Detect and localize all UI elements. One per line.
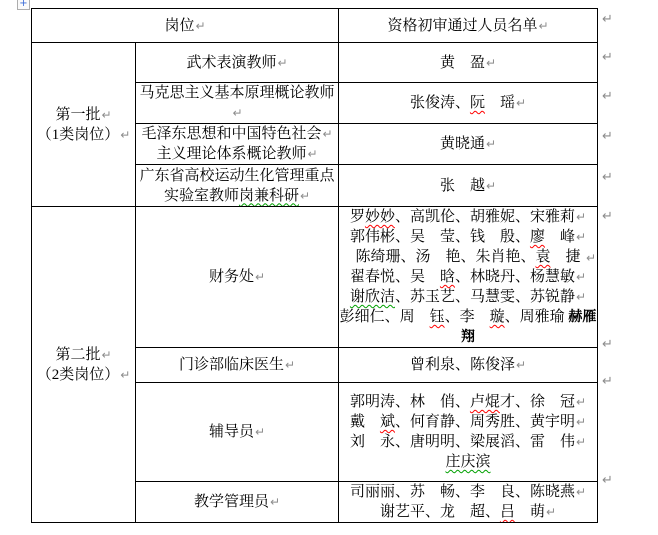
row-end-mark: ↵: [602, 337, 613, 352]
cell-text: 第二批: [55, 347, 100, 363]
cell-text: 罗: [350, 209, 365, 225]
text-line: （1类岗位）↵: [32, 125, 135, 145]
batch2-label-cell[interactable]: 第二批↵（2类岗位）↵: [32, 207, 136, 523]
cell-text: 峰: [545, 229, 575, 245]
header-cell-position[interactable]: 岗位↵: [32, 9, 339, 43]
position-cell-clinic-doctor[interactable]: 门诊部临床医生↵: [136, 348, 339, 383]
position-cell-marxism[interactable]: 马克思主义基本原理概论教师↵: [136, 83, 339, 124]
spellcheck-flagged-text: 斌: [380, 414, 395, 430]
text-line: 武术表演教师↵: [136, 53, 338, 73]
cell-text: 捷: [551, 249, 581, 265]
cell-text: 、李: [445, 309, 490, 325]
row-end-mark: ↵: [602, 209, 613, 224]
line-break-mark: ↵: [119, 368, 130, 382]
table-move-handle[interactable]: +: [17, 0, 30, 10]
cell-text: 门诊部临床医生: [179, 357, 284, 373]
line-break-mark: ↵: [575, 395, 586, 409]
table-row: 第一批↵（1类岗位）↵ 武术表演教师↵ 黄 盈↵: [32, 43, 598, 83]
cell-text: 才、徐 冠: [500, 394, 575, 410]
text-line: 张 越↵: [339, 176, 597, 196]
cell-text: 、苏玉艺、马慧雯、苏锐静: [395, 289, 575, 305]
cell-text: 张俊涛、: [410, 95, 470, 111]
text-line: 主义理论体系概论教师↵: [136, 144, 338, 164]
line-break-mark: ↵: [485, 56, 496, 70]
text-line: 翟春悦、吴 晗、林晓丹、杨慧敏↵: [339, 267, 597, 287]
text-line: 广东省高校运动生化管理重点: [136, 166, 338, 186]
cell-text: 郭伟彬、吴 莹、钱 殷、: [350, 229, 530, 245]
cell-text: 岗位: [164, 18, 194, 34]
text-line: 黄 盈↵: [339, 53, 597, 73]
cell-text: 广东省高校运动生化管理重点: [139, 168, 334, 184]
line-break-mark: ↵: [575, 270, 586, 284]
line-break-mark: ↵: [575, 290, 586, 304]
text-line: 司丽丽、苏 畅、李 良、陈晓燕↵: [339, 482, 597, 502]
cell-text: 陈绮珊、汤 艳、朱肖艳、: [355, 249, 535, 265]
line-break-mark: ↵: [231, 106, 242, 120]
line-break-mark: ↵: [100, 348, 111, 362]
cell-text: 曾利泉、陈俊泽: [410, 357, 515, 373]
cell-text: 财务处: [209, 269, 254, 285]
cell-text: 黄晓通: [440, 136, 485, 152]
line-break-mark: ↵: [194, 19, 205, 33]
text-line: 谢欣洁、苏玉艺、马慧雯、苏锐静↵: [339, 287, 597, 307]
spellcheck-flagged-text: 钰: [430, 309, 445, 325]
cell-text: 、林晓丹、杨慧敏: [455, 269, 575, 285]
line-break-mark: ↵: [119, 128, 130, 142]
header-row: 岗位↵ 资格初审通过人员名单↵: [32, 9, 598, 43]
text-line: 戴 斌、何育静、周秀胜、黄宇明↵: [339, 412, 597, 432]
row-end-mark: ↵: [602, 374, 613, 389]
cell-text: 辅导员: [209, 424, 254, 440]
table-row: 第二批↵（2类岗位）↵ 财务处↵ 罗妙妙、高凯伦、胡雅妮、宋雅莉↵郭伟彬、吴 莹…: [32, 207, 598, 348]
cell-text: 资格初审通过人员名单: [387, 18, 537, 34]
spellcheck-flagged-text: 廖: [530, 229, 545, 245]
spellcheck-flagged-text: 晗: [440, 269, 455, 285]
cell-text: （1类岗位）: [37, 127, 120, 143]
cell-text: 彭细仁、周: [340, 309, 430, 325]
qualification-table: 岗位↵ 资格初审通过人员名单↵ 第一批↵（1类岗位）↵ 武术表演教师↵ 黄 盈↵…: [31, 8, 598, 523]
line-break-mark: ↵: [575, 210, 586, 224]
names-cell-counselor[interactable]: 郭明涛、林 俏、卢焜才、徐 冠↵戴 斌、何育静、周秀胜、黄宇明↵刘 永、唐明明、…: [339, 383, 598, 482]
names-cell-finance[interactable]: 罗妙妙、高凯伦、胡雅妮、宋雅莉↵郭伟彬、吴 莹、钱 殷、廖 峰↵陈绮珊、汤 艳、…: [339, 207, 598, 348]
batch1-label-cell[interactable]: 第一批↵（1类岗位）↵: [32, 43, 136, 207]
line-break-mark: ↵: [515, 358, 526, 372]
cell-text: 马克思主义基本原理概论教师: [139, 85, 334, 101]
cell-text: 萌: [515, 504, 545, 520]
text-line: 马克思主义基本原理概论教师↵: [136, 83, 338, 123]
spellcheck-flagged-text: 岗兼科研: [239, 188, 299, 204]
spellcheck-flagged-text: 谢欣洁: [350, 289, 395, 305]
text-line: 门诊部临床医生↵: [136, 355, 338, 375]
text-line: 彭细仁、周 钰、李 璇、周雅瑜 赫雁翔: [339, 307, 597, 347]
line-break-mark: ↵: [485, 137, 496, 151]
text-line: 实验室教师岗兼科研↵: [136, 186, 338, 206]
line-break-mark: ↵: [269, 495, 280, 509]
text-line: 第二批↵: [32, 345, 135, 365]
position-cell-lab-teacher[interactable]: 广东省高校运动生化管理重点实验室教师岗兼科研↵: [136, 165, 339, 207]
spellcheck-flagged-text: 卢焜: [470, 394, 500, 410]
plus-icon: +: [19, 0, 27, 9]
names-cell-wushu[interactable]: 黄 盈↵: [339, 43, 598, 83]
text-line: 黄晓通↵: [339, 134, 597, 154]
line-break-mark: ↵: [485, 179, 496, 193]
row-end-mark: ↵: [602, 473, 613, 488]
row-end-mark: ↵: [602, 50, 613, 65]
line-break-mark: ↵: [515, 96, 526, 110]
document-page: + 岗位↵ 资格初审通过人员名单↵ 第一批↵（1类岗位）↵ 武术表演教师↵ 黄 …: [0, 0, 658, 535]
line-break-mark: ↵: [299, 189, 310, 203]
text-line: 毛泽东思想和中国特色社会↵: [136, 124, 338, 144]
position-cell-wushu[interactable]: 武术表演教师↵: [136, 43, 339, 83]
cell-text: （2类岗位）: [37, 367, 120, 383]
text-line: 张俊涛、阮 瑶↵: [339, 93, 597, 113]
position-cell-finance[interactable]: 财务处↵: [136, 207, 339, 348]
cell-text: 司丽丽、苏 畅、李 良、陈晓燕: [350, 484, 575, 500]
line-break-mark: ↵: [254, 425, 265, 439]
line-break-mark: ↵: [575, 230, 586, 244]
row-end-mark: ↵: [602, 129, 613, 144]
cell-text: 、何育静、周秀胜、黄宇明: [395, 414, 575, 430]
line-break-mark: ↵: [284, 358, 295, 372]
names-cell-teaching-admin[interactable]: 司丽丽、苏 畅、李 良、陈晓燕↵谢艺平、龙 超、吕 萌↵: [339, 482, 598, 523]
line-break-mark: ↵: [276, 56, 287, 70]
spellcheck-flagged-text: 妙妙: [365, 209, 395, 225]
position-cell-teaching-admin[interactable]: 教学管理员↵: [136, 482, 339, 523]
cell-text: 、周雅瑜: [505, 309, 569, 325]
row-end-mark: ↵: [602, 89, 613, 104]
cell-text: 谢艺平、龙 超、: [380, 504, 500, 520]
header-cell-names[interactable]: 资格初审通过人员名单↵: [339, 9, 598, 43]
spellcheck-flagged-text: 璇: [490, 309, 505, 325]
text-line: （2类岗位）↵: [32, 365, 135, 385]
position-cell-counselor[interactable]: 辅导员↵: [136, 383, 339, 482]
text-line: 财务处↵: [136, 267, 338, 287]
cell-text: 毛泽东思想和中国特色社会: [141, 126, 321, 142]
text-line: 资格初审通过人员名单↵: [339, 16, 597, 36]
spellcheck-flagged-text: 袁: [535, 249, 550, 265]
text-line: 刘 永、唐明明、梁展滔、雷 伟↵: [339, 432, 597, 452]
text-line: 教学管理员↵: [136, 492, 338, 512]
text-line: 罗妙妙、高凯伦、胡雅妮、宋雅莉↵: [339, 207, 597, 227]
text-line: 辅导员↵: [136, 422, 338, 442]
names-cell-mao-theory[interactable]: 黄晓通↵: [339, 124, 598, 165]
line-break-mark: ↵: [306, 147, 317, 161]
spellcheck-flagged-text: 吕: [500, 504, 515, 520]
text-line: 曾利泉、陈俊泽↵: [339, 355, 597, 375]
row-end-mark: ↵: [602, 170, 613, 185]
line-break-mark: ↵: [100, 108, 111, 122]
cell-text: 郭明涛、林 俏、: [350, 394, 470, 410]
line-break-mark: ↵: [585, 248, 596, 268]
cell-text: 实验室教师: [164, 188, 239, 204]
line-break-mark: ↵: [545, 505, 556, 519]
row-end-mark: ↵: [602, 12, 613, 27]
names-cell-marxism[interactable]: 张俊涛、阮 瑶↵: [339, 83, 598, 124]
text-line: 郭明涛、林 俏、卢焜才、徐 冠↵: [339, 392, 597, 412]
cell-text: 翟春悦、吴: [350, 269, 440, 285]
text-line: 郭伟彬、吴 莹、钱 殷、廖 峰↵: [339, 227, 597, 247]
names-cell-clinic-doctor[interactable]: 曾利泉、陈俊泽↵: [339, 348, 598, 383]
cell-text: 刘 永、唐明明、梁展滔、雷 伟: [350, 434, 575, 450]
cell-text: 瑶: [485, 95, 515, 111]
text-line: 庄庆滨: [339, 452, 597, 472]
cell-text: 张 越: [440, 178, 485, 194]
text-line: 谢艺平、龙 超、吕 萌↵: [339, 502, 597, 522]
line-break-mark: ↵: [575, 435, 586, 449]
line-break-mark: ↵: [537, 19, 548, 33]
names-cell-lab-teacher[interactable]: 张 越↵: [339, 165, 598, 207]
cell-text: 教学管理员: [194, 494, 269, 510]
text-line: 岗位↵: [32, 16, 338, 36]
text-line: 第一批↵: [32, 105, 135, 125]
line-break-mark: ↵: [575, 485, 586, 499]
text-line: 陈绮珊、汤 艳、朱肖艳、袁 捷↵: [339, 247, 597, 267]
cell-text: 第一批: [55, 107, 100, 123]
spellcheck-flagged-text: 庄庆滨: [445, 454, 490, 470]
line-break-mark: ↵: [575, 415, 586, 429]
line-break-mark: ↵: [321, 127, 332, 141]
cell-text: 武术表演教师: [186, 55, 276, 71]
spellcheck-flagged-text: 阮: [470, 95, 485, 111]
line-break-mark: ↵: [254, 270, 265, 284]
cell-text: 戴: [350, 414, 380, 430]
cell-text: 黄 盈: [440, 55, 485, 71]
cell-text: 、高凯伦、胡雅妮、宋雅莉: [395, 209, 575, 225]
position-cell-mao-theory[interactable]: 毛泽东思想和中国特色社会↵主义理论体系概论教师↵: [136, 124, 339, 165]
cell-text: 主义理论体系概论教师: [156, 146, 306, 162]
